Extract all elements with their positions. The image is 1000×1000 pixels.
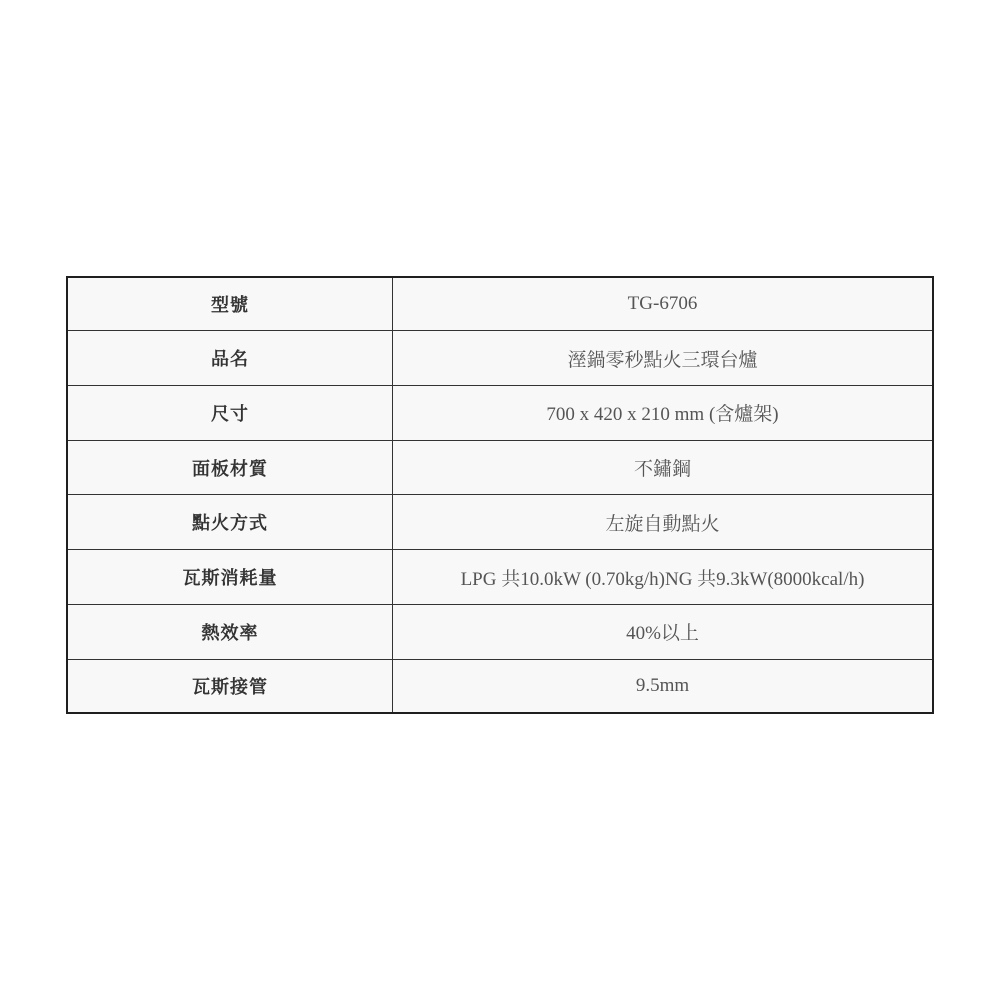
spec-label-panel-material: 面板材質 — [67, 440, 393, 495]
spec-value-product-name: 溼鍋零秒點火三環台爐 — [393, 331, 934, 386]
spec-value-panel-material: 不鏽鋼 — [393, 440, 934, 495]
spec-label-product-name: 品名 — [67, 331, 393, 386]
spec-label-dimensions: 尺寸 — [67, 386, 393, 441]
spec-label-model: 型號 — [67, 277, 393, 331]
table-row: 品名 溼鍋零秒點火三環台爐 — [67, 331, 933, 386]
spec-value-gas-consumption: LPG 共10.0kW (0.70kg/h)NG 共9.3kW(8000kcal… — [393, 550, 934, 605]
spec-table: 型號 TG-6706 品名 溼鍋零秒點火三環台爐 尺寸 700 x 420 x … — [66, 276, 934, 714]
table-row: 瓦斯接管 9.5mm — [67, 659, 933, 713]
spec-label-gas-connection: 瓦斯接管 — [67, 659, 393, 713]
spec-label-thermal-efficiency: 熱效率 — [67, 604, 393, 659]
spec-value-thermal-efficiency: 40%以上 — [393, 604, 934, 659]
table-row: 型號 TG-6706 — [67, 277, 933, 331]
table-row: 尺寸 700 x 420 x 210 mm (含爐架) — [67, 386, 933, 441]
spec-label-gas-consumption: 瓦斯消耗量 — [67, 550, 393, 605]
product-spec-table: 型號 TG-6706 品名 溼鍋零秒點火三環台爐 尺寸 700 x 420 x … — [66, 276, 934, 714]
table-row: 熱效率 40%以上 — [67, 604, 933, 659]
spec-value-gas-connection: 9.5mm — [393, 659, 934, 713]
table-row: 瓦斯消耗量 LPG 共10.0kW (0.70kg/h)NG 共9.3kW(80… — [67, 550, 933, 605]
table-row: 點火方式 左旋自動點火 — [67, 495, 933, 550]
spec-value-dimensions: 700 x 420 x 210 mm (含爐架) — [393, 386, 934, 441]
spec-value-ignition-method: 左旋自動點火 — [393, 495, 934, 550]
table-row: 面板材質 不鏽鋼 — [67, 440, 933, 495]
spec-value-model: TG-6706 — [393, 277, 934, 331]
spec-label-ignition-method: 點火方式 — [67, 495, 393, 550]
